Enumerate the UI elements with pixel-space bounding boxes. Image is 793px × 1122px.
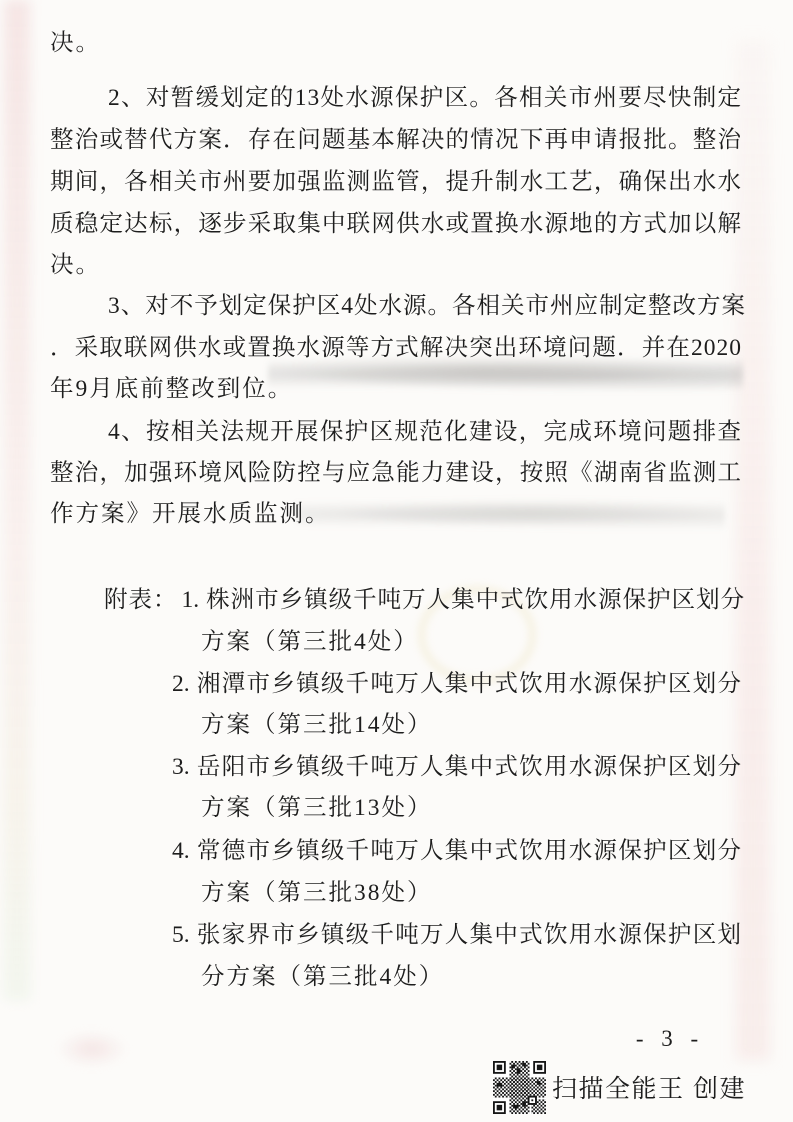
appendix-item-line: 2.湘潭市乡镇级千吨万人集中式饮用水源保护区划分 <box>172 669 742 699</box>
body-line: ．采取联网供水或置换水源等方式解决突出环境问题．并在2020 <box>50 333 742 363</box>
body-line: 决。 <box>50 28 101 58</box>
appendix-item-text: 湘潭市乡镇级千吨万人集中式饮用水源保护区划分 <box>197 671 742 697</box>
body-line: 期间，各相关市州要加强监测监管，提升制水工艺，确保出水水 <box>50 167 742 197</box>
scanned-document-page: 决。 2、对暂缓划定的13处水源保护区。各相关市州要尽快制定 整治或替代方案．存… <box>0 0 793 1122</box>
scan-tint-left <box>4 0 30 1000</box>
appendix-item-number: 5. <box>172 922 190 948</box>
qr-code-icon <box>493 1061 546 1114</box>
scan-smudge <box>56 1030 128 1068</box>
body-line: 年9月底前整改到位。 <box>50 374 293 404</box>
appendix-item-text: 株洲市乡镇级千吨万人集中式饮用水源保护区划分 <box>206 587 745 613</box>
appendix-item-line: 4.常德市乡镇级千吨万人集中式饮用水源保护区划分 <box>172 836 742 866</box>
qr-finder-top-right <box>533 1061 546 1074</box>
body-line: 4、按相关法规开展保护区规范化建设，完成环境问题排查 <box>50 417 742 447</box>
page-number: - 3 - <box>628 1026 712 1052</box>
body-line: 决。 <box>50 250 101 280</box>
appendix-item-line: 方案（第三批13处） <box>201 793 433 823</box>
body-line: 3、对不予划定保护区4处水源。各相关市州应制定整改方案 <box>50 291 742 321</box>
appendix-item-number: 4. <box>172 838 190 864</box>
body-line: 质稳定达标，逐步采取集中联网供水或置换水源地的方式加以解 <box>50 209 742 239</box>
body-line: 整治或替代方案．存在问题基本解决的情况下再申请报批。整治 <box>50 125 742 155</box>
body-line: 作方案》开展水质监测。 <box>50 499 331 529</box>
body-line: 2、对暂缓划定的13处水源保护区。各相关市州要尽快制定 <box>50 83 742 113</box>
appendix-item-line: 5.张家界市乡镇级千吨万人集中式饮用水源保护区划 <box>172 920 742 950</box>
appendix-item-number: 3. <box>172 754 190 780</box>
appendix-item-number: 2. <box>172 671 190 697</box>
ink-bleedthrough-2 <box>295 498 725 530</box>
appendix-item-line: 分方案（第三批4处） <box>201 962 444 992</box>
appendix-item-line: 方案（第三批4处） <box>201 627 419 657</box>
appendix-item-line: 附表：1.株洲市乡镇级千吨万人集中式饮用水源保护区划分 <box>104 585 744 615</box>
appendix-item-line: 方案（第三批38处） <box>201 878 433 908</box>
body-line: 整治，加强环境风险防控与应急能力建设，按照《湖南省监测工 <box>50 458 742 488</box>
qr-finder-top-left <box>493 1061 506 1074</box>
appendix-item-text: 岳阳市乡镇级千吨万人集中式饮用水源保护区划分 <box>197 754 742 780</box>
qr-finder-bottom-left <box>493 1101 506 1114</box>
appendix-item-line: 方案（第三批14处） <box>201 710 433 740</box>
appendix-item-text: 常德市乡镇级千吨万人集中式饮用水源保护区划分 <box>197 838 742 864</box>
scanner-watermark-text: 扫描全能王 创建 <box>552 1069 746 1105</box>
qr-alignment-pattern <box>528 1096 537 1105</box>
appendix-item-line: 3.岳阳市乡镇级千吨万人集中式饮用水源保护区划分 <box>172 752 742 782</box>
appendix-item-text: 张家界市乡镇级千吨万人集中式饮用水源保护区划 <box>197 922 742 948</box>
appendix-item-number: 1. <box>182 587 200 613</box>
appendix-label: 附表： <box>104 587 178 613</box>
